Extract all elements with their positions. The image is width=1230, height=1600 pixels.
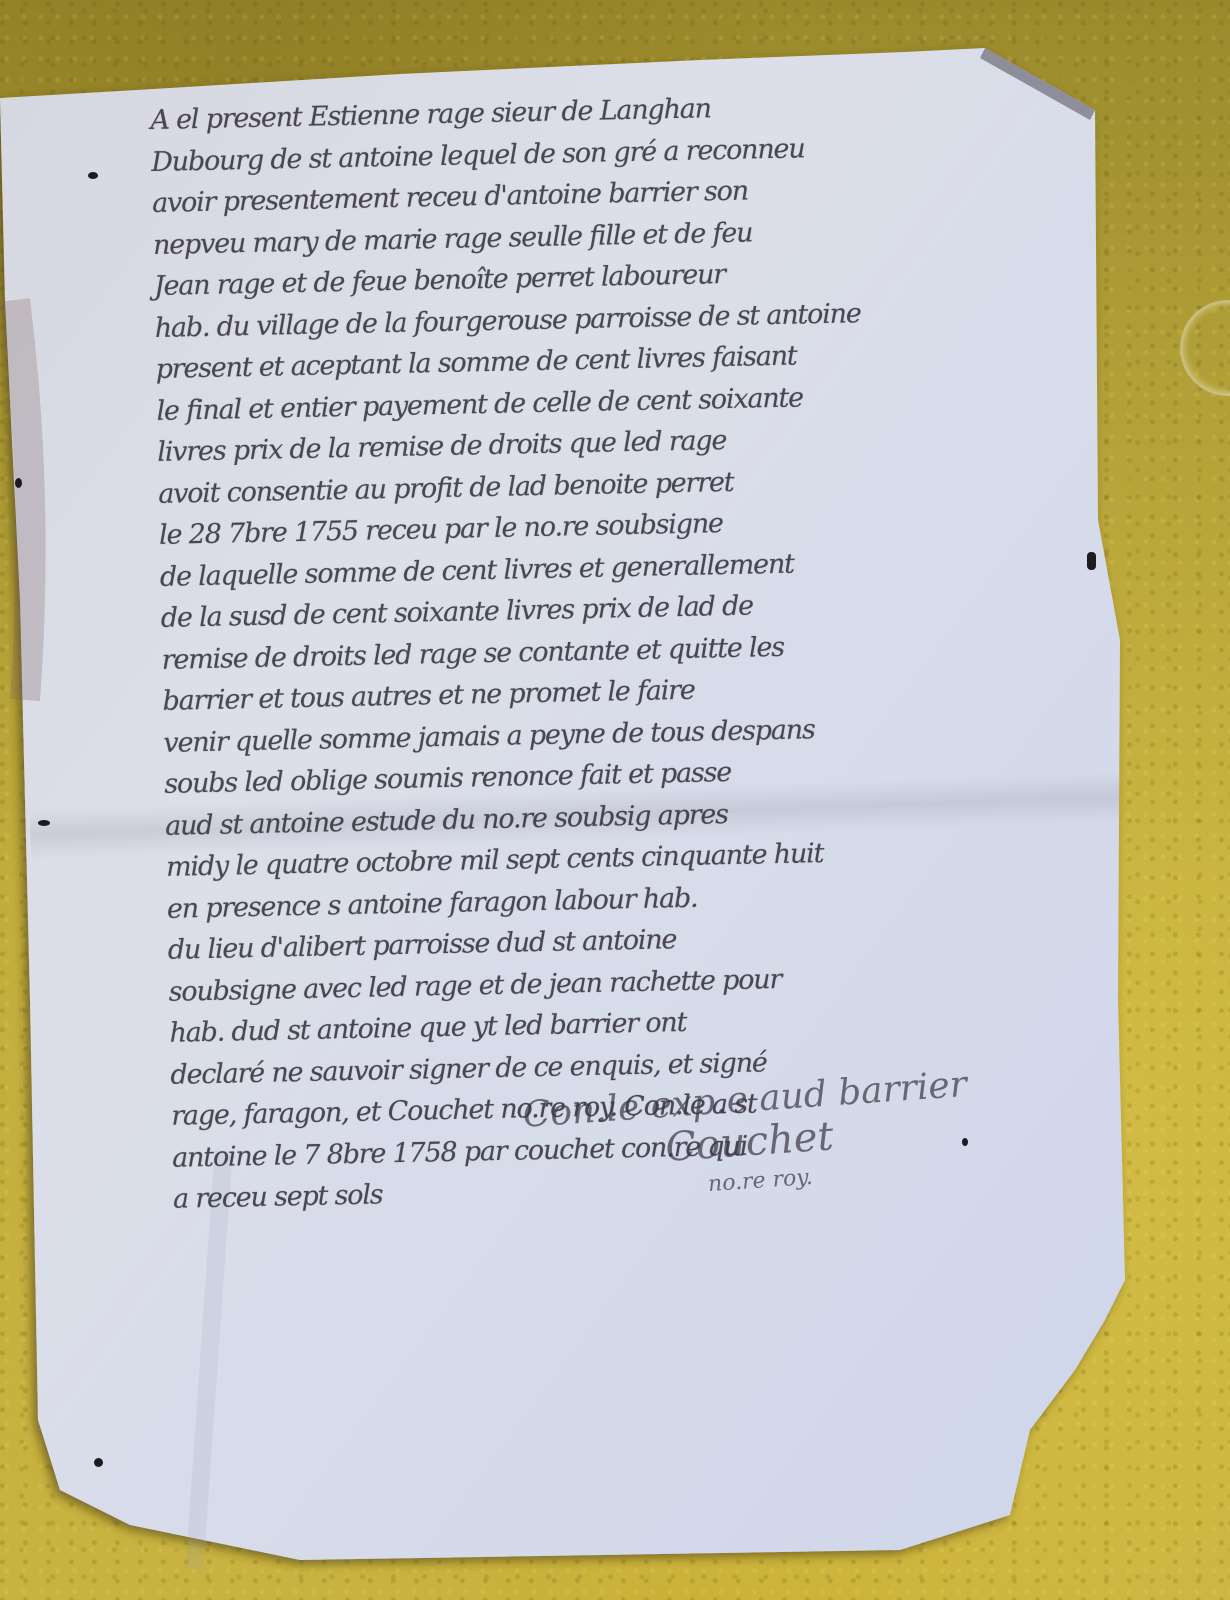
paper-edge-stain [15,300,31,700]
ink-hole [94,1458,103,1467]
ink-spot [1087,552,1096,570]
ink-spot [88,172,98,179]
ink-spot [38,820,50,826]
ink-spot [15,478,22,488]
manuscript-text: A el present Estienne rage sieur de Lang… [150,81,1093,1221]
